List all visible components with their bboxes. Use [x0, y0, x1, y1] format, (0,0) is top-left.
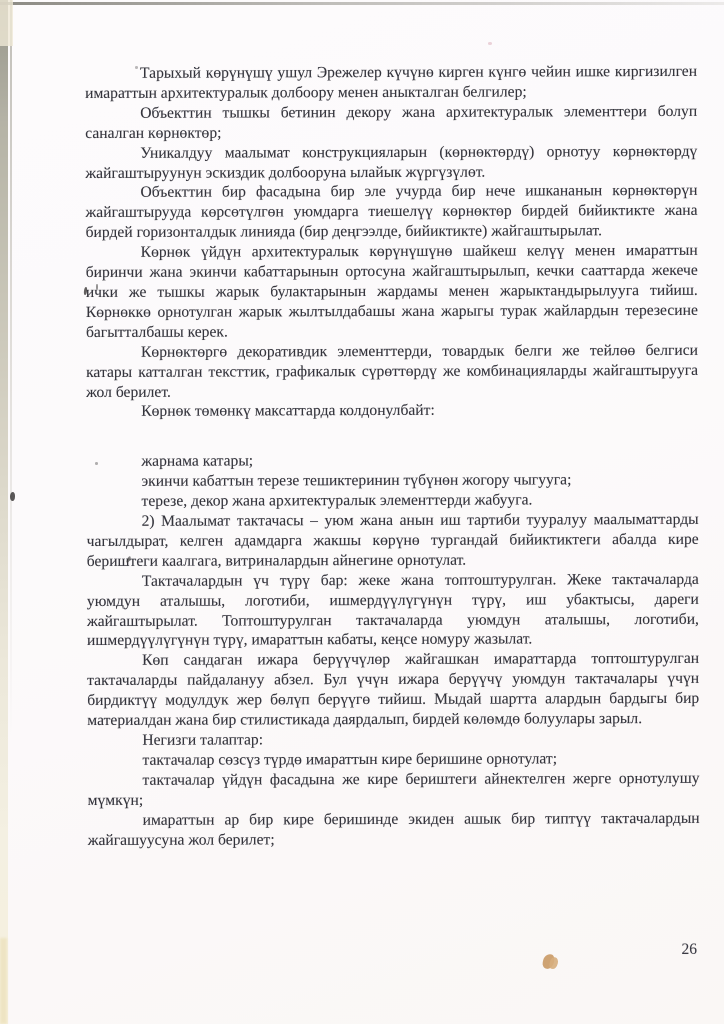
paragraph: жарнама катары; — [86, 450, 698, 472]
paragraph: Объекттин тышкы бетинин декору жана архи… — [85, 102, 697, 144]
bottom-left-smear — [0, 938, 7, 1024]
paragraph: тактачалар үйдүн фасадына же кире беришт… — [87, 769, 699, 811]
corner-discoloration — [0, 0, 13, 46]
dust-speck — [135, 66, 138, 69]
scanned-document: { "document": { "page_number": "26", "pa… — [0, 0, 724, 1024]
paragraph: Негизги талаптар: — [87, 729, 699, 751]
scanner-edge-top — [0, 2, 724, 5]
paragraph: Уникалдуу маалымат конструкцияларын (көр… — [85, 141, 697, 183]
paragraph: экинчи кабаттын терезе тешиктеринин түбү… — [86, 470, 698, 492]
page: Тарыхый көрүнүшү ушул Эрежелер күчүнө ки… — [0, 0, 724, 1024]
paragraph: Тактачалардын үч түрү бар: жеке жана топ… — [87, 570, 699, 652]
paragraph: тактачалар сөзсүз түрдө имараттын кире б… — [87, 749, 699, 771]
ink-speck — [10, 492, 15, 501]
paragraph: Көрнөк төмөнкү максаттарда колдонулбайт: — [86, 400, 698, 422]
paragraph: 2) Маалымат тактачасы – уюм жана анын иш… — [87, 510, 699, 572]
paragraph: имараттын ар бир кире беришинде экиден а… — [88, 808, 700, 850]
paragraph: Тарыхый көрүнүшү ушул Эрежелер күчүнө ки… — [85, 62, 697, 104]
document-body: Тарыхый көрүнүшү ушул Эрежелер күчүнө ки… — [85, 62, 700, 851]
paragraph: Объекттин бир фасадына бир эле учурда би… — [85, 181, 697, 243]
scan-noise-speck — [300, 700, 303, 703]
ink-speck — [96, 284, 98, 290]
scan-noise-speck — [660, 520, 663, 524]
scan-noise-speck — [488, 42, 492, 45]
coffee-stain — [542, 953, 556, 970]
page-edge-shadow — [10, 0, 12, 737]
paragraph: терезе, декор жана архитектуралык элемен… — [86, 490, 698, 512]
page-number: 26 — [682, 941, 698, 959]
dust-speck — [95, 462, 98, 465]
scanner-edge-left — [0, 0, 8, 1024]
paragraph: Көрнөктөргө декоративдик элементтерди, т… — [86, 341, 698, 403]
paragraph: Көп сандаган ижара берүүчүлөр жайгашкан … — [87, 649, 699, 731]
paragraph: Көрнөк үйдүн архитектуралык көрүнүшүнө ш… — [86, 241, 698, 343]
